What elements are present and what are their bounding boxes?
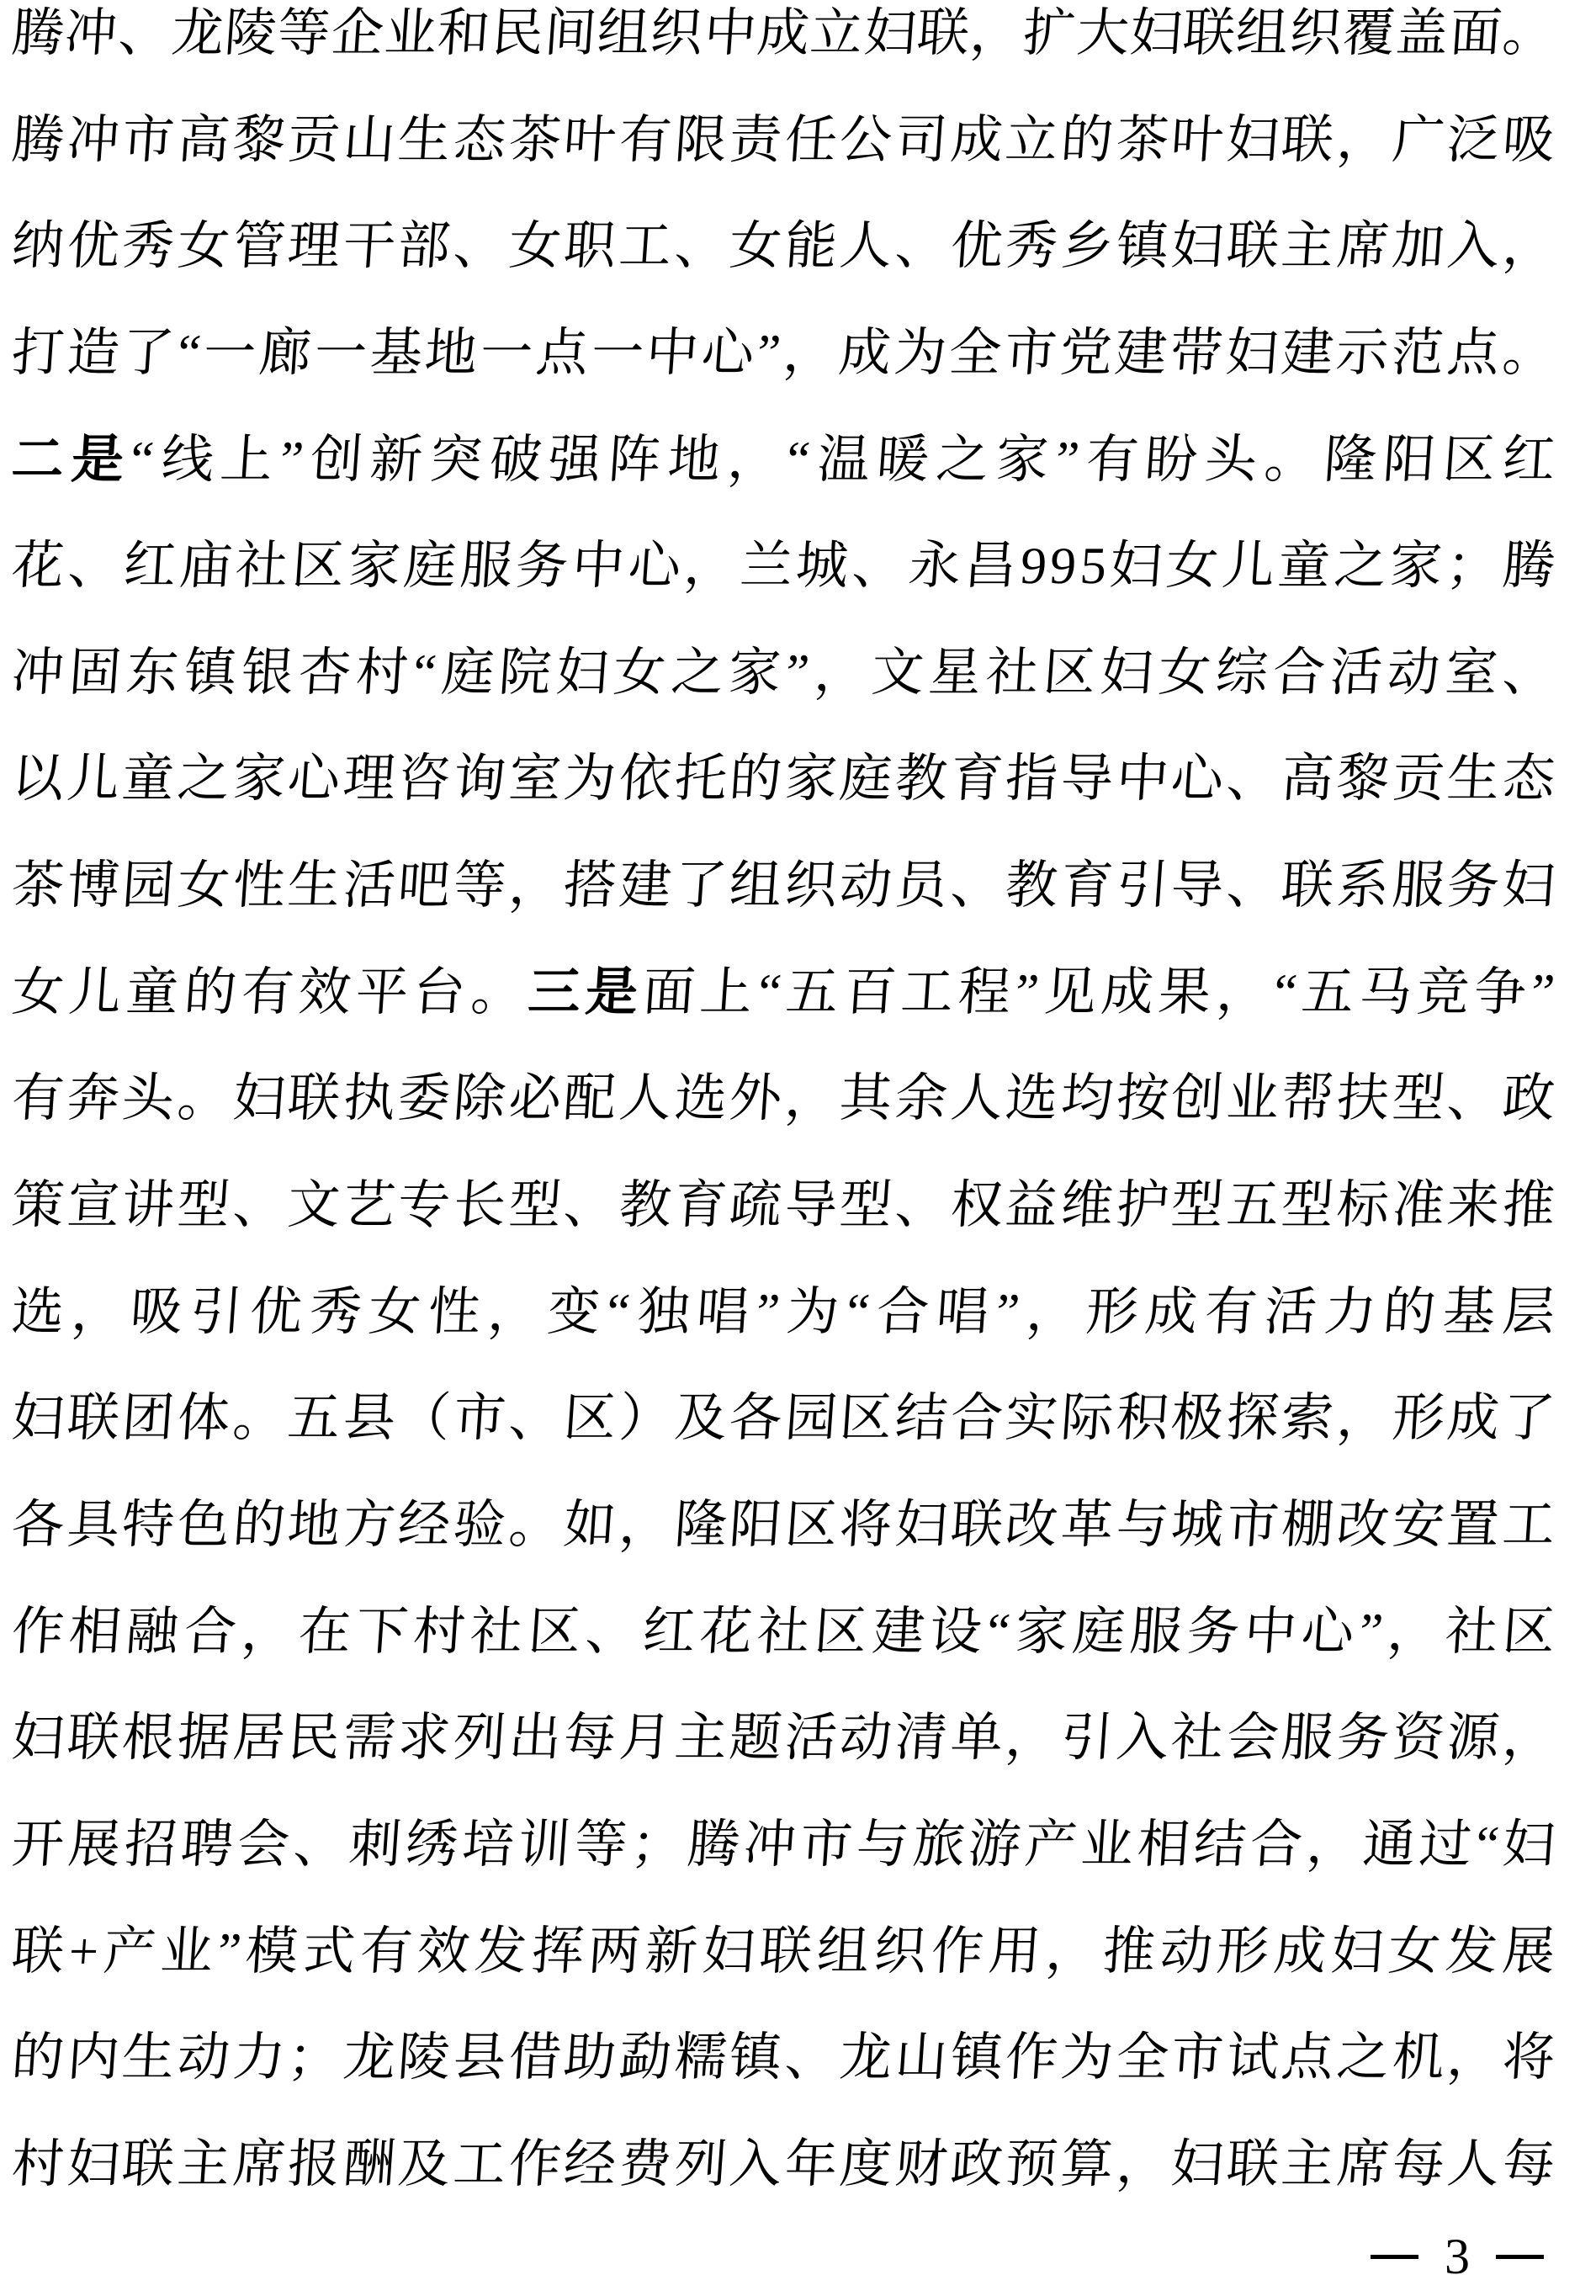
text-char: 改: [1004, 1498, 1060, 1553]
text-char: 咨: [396, 751, 453, 807]
text-char: 秀: [1004, 219, 1060, 274]
text-char: 合: [948, 1391, 1005, 1446]
text-char: 试: [1224, 2030, 1281, 2086]
text-char: 之: [935, 432, 991, 488]
text-char: 社: [756, 1604, 812, 1660]
text-char: 中: [644, 326, 701, 381]
text-char: ”: [215, 1924, 242, 1980]
text-char: 育: [948, 751, 1005, 807]
text-char: 选: [672, 1071, 729, 1127]
text-char: 按: [1114, 1071, 1170, 1127]
text-char: 区: [838, 1391, 894, 1446]
text-char: 联: [948, 1498, 1005, 1553]
text-char: 中: [1243, 1604, 1299, 1660]
text-char: 月: [618, 1710, 674, 1766]
text-char: 暖: [875, 432, 931, 488]
text-char: 头: [120, 1071, 177, 1127]
text-char: 成: [1143, 1285, 1200, 1340]
text-char: 突: [428, 432, 485, 488]
text-char: 以: [10, 751, 66, 807]
text-char: 需: [341, 1710, 397, 1766]
text-char: ，: [1335, 113, 1392, 168]
text-char: 在: [297, 1604, 353, 1660]
text-char: 勐: [618, 2030, 674, 2086]
text-char: 式: [301, 1924, 358, 1980]
text-char: 中: [1114, 751, 1170, 807]
text-char: 生: [286, 858, 342, 914]
text-char: 为: [785, 1285, 841, 1340]
text-char: 茶: [506, 113, 563, 168]
text-char: 为: [1059, 2030, 1116, 2086]
text-char: 合: [1249, 1817, 1305, 1873]
text-char: 。: [1263, 432, 1319, 488]
text-char: 游: [967, 1817, 1023, 1873]
text-char: 妇: [554, 645, 611, 701]
text-char: 棚: [1280, 1498, 1336, 1553]
text-char: 基: [1441, 1285, 1498, 1340]
text-char-bold: 三: [527, 965, 583, 1021]
text-char: 主: [1280, 219, 1336, 274]
text-char: 合: [875, 1285, 931, 1340]
text-char: 山: [893, 2030, 950, 2086]
text-char: 通: [1360, 1817, 1417, 1873]
text-char: “: [756, 965, 782, 1021]
text-char: 系: [1335, 858, 1392, 914]
text-char: 内: [65, 2030, 121, 2086]
text-char: 了: [672, 858, 729, 914]
text-char: ，: [1445, 2030, 1502, 2086]
text-char: 性: [427, 1285, 483, 1340]
text-char: 城: [794, 538, 851, 594]
text-char: 温: [815, 432, 872, 488]
text-char: 星: [927, 645, 984, 701]
text-char: 5: [1079, 538, 1109, 594]
text-char: 成: [756, 6, 812, 61]
text-char: 市: [798, 1817, 854, 1873]
text-char: 各: [10, 1498, 66, 1553]
text-char: 度: [838, 2137, 894, 2193]
text-char: 糯: [672, 2030, 729, 2086]
text-char: “: [845, 1285, 872, 1340]
text-char: 儿: [67, 965, 124, 1021]
text-char: 将: [838, 1498, 894, 1553]
text-char: 面: [1447, 6, 1503, 61]
text-char: 作: [10, 1604, 66, 1660]
text-char: 一: [202, 326, 258, 381]
text-char: 策: [10, 1178, 66, 1233]
text-char: 示: [1334, 326, 1391, 381]
text-char: 红: [122, 538, 178, 594]
text-line: 以儿童之家心理咨询室为依托的家庭教育指导中心、高黎贡生态: [12, 751, 1555, 858]
text-char: 9: [1048, 538, 1079, 594]
text-char: 生: [396, 113, 453, 168]
text-char: 五: [286, 1391, 342, 1446]
text-char: 下: [354, 1604, 411, 1660]
text-char: 、: [672, 219, 729, 274]
text-char: 红: [1501, 432, 1557, 488]
text-char: 积: [1114, 1391, 1170, 1446]
text-char: 的: [10, 2030, 66, 2086]
text-char: 为: [562, 751, 618, 807]
text-char: 聘: [178, 1817, 235, 1873]
text-char: 主: [1280, 2137, 1336, 2193]
text-char: 活: [341, 858, 397, 914]
text-char: 均: [1059, 1071, 1116, 1127]
text-char: 出: [506, 1710, 563, 1766]
text-char: 求: [396, 1710, 453, 1766]
text-char: 区: [290, 538, 347, 594]
text-char: 成: [1100, 965, 1156, 1021]
text-char: 成: [836, 326, 893, 381]
text-char: 团: [120, 1391, 177, 1446]
text-char: 庭: [838, 751, 894, 807]
text-char: 引: [1114, 858, 1170, 914]
text-char: 基: [368, 326, 424, 381]
text-char: 执: [341, 1071, 397, 1127]
text-line: 妇联团体。五县（市、区）及各园区结合实际积极探索，形成了: [12, 1391, 1555, 1498]
text-line: 女儿童的有效平台。三是面上“五百工程”见成果，“五马竞争”: [12, 965, 1555, 1072]
text-char: 活: [1328, 645, 1385, 701]
text-char: 责: [728, 113, 784, 168]
text-char: 奔: [65, 1071, 121, 1127]
text-char: 兰: [738, 538, 794, 594]
text-char: 家: [346, 538, 402, 594]
text-char: 。: [1501, 6, 1557, 61]
text-char: 旅: [910, 1817, 967, 1873]
text-char: 验: [452, 1498, 508, 1553]
text-line: 各具特色的地方经验。如，隆阳区将妇联改革与城市棚改安置工: [12, 1498, 1555, 1604]
text-char: “: [1473, 1817, 1500, 1873]
text-char: 、: [291, 1817, 347, 1873]
text-char: 心: [626, 538, 682, 594]
text-char: 革: [1059, 1498, 1116, 1553]
text-char: 立: [1004, 113, 1060, 168]
text-char: 源: [1445, 1710, 1502, 1766]
text-char: 腾: [686, 1817, 742, 1873]
text-char: 绣: [404, 1817, 460, 1873]
text-char: 廊: [257, 326, 314, 381]
text-char: 导: [1059, 751, 1116, 807]
text-char: 童: [1276, 538, 1333, 594]
text-char: 龙: [341, 2030, 397, 2086]
text-char: 女: [176, 858, 232, 914]
text-char: 效: [297, 965, 353, 1021]
text-char: 有: [1084, 432, 1140, 488]
text-char: “: [985, 1604, 1012, 1660]
text-char: 、: [66, 538, 122, 594]
text-char: 业: [158, 1924, 215, 1980]
text-char: 立: [809, 6, 865, 61]
text-char: 、: [116, 6, 172, 61]
text-char: 之: [669, 645, 725, 701]
text-char: （: [396, 1391, 453, 1446]
text-char: 席: [1335, 2137, 1392, 2193]
text-char: 年: [782, 2137, 839, 2193]
text-char: 织: [649, 6, 705, 61]
text-char: ，: [782, 326, 838, 381]
text-char: 、: [562, 1178, 618, 1233]
text-char: 程: [957, 965, 1013, 1021]
text-char: 用: [986, 1924, 1042, 1980]
text-char: 。: [506, 1498, 563, 1553]
text-char: 市: [1003, 326, 1059, 381]
text-char: 贡: [286, 113, 342, 168]
text-char: 上: [698, 965, 755, 1021]
text-char: 区: [1500, 1604, 1556, 1660]
text-char: 台: [411, 965, 468, 1021]
text-char: 。: [1500, 326, 1556, 381]
text-char: 社: [234, 538, 290, 594]
text-char: 黎: [231, 113, 287, 168]
text-char: 公: [838, 113, 894, 168]
text-char: 唱: [935, 1285, 991, 1340]
text-line: 花、红庙社区家庭服务中心，兰城、永昌995妇女儿童之家；腾: [12, 538, 1555, 645]
text-char: 际: [1059, 1391, 1116, 1446]
text-char: 区: [526, 1604, 582, 1660]
text-char: 设: [927, 1604, 984, 1660]
text-char: 组: [1234, 6, 1291, 61]
text-char: 女: [176, 219, 232, 274]
text-char: 庭: [1070, 1604, 1127, 1660]
text-char: 型: [1390, 1071, 1446, 1127]
text-char: 服: [1128, 1604, 1185, 1660]
text-char: 妇: [1108, 538, 1164, 594]
text-char: ”: [755, 326, 782, 381]
text-char: 准: [1390, 1178, 1446, 1233]
text-char: 有: [358, 1924, 415, 1980]
text-char: 成: [1272, 1924, 1328, 1980]
text-char: 五: [1224, 1178, 1281, 1233]
text-char: 、: [1445, 1071, 1502, 1127]
text-char: 特: [120, 1498, 177, 1553]
text-char: 结: [1192, 1817, 1249, 1873]
text-char: 机: [1390, 2030, 1446, 2086]
text-char: 教: [618, 1178, 674, 1233]
text-char: 创: [309, 432, 365, 488]
text-char: 间: [543, 6, 599, 61]
text-char: 益: [1004, 1178, 1060, 1233]
text-char: “: [129, 432, 156, 488]
text-char: 限: [672, 113, 729, 168]
text-char: 东: [125, 645, 181, 701]
text-char: 村: [10, 2137, 66, 2193]
text-char: 创: [1169, 1071, 1226, 1127]
text-char: 企: [329, 6, 385, 61]
text-char: 覆: [1341, 6, 1397, 61]
text-char: 置: [1445, 1498, 1502, 1553]
text-char: 生: [120, 2030, 177, 2086]
text-char: 地: [286, 1498, 342, 1553]
text-char: 会: [1224, 1710, 1281, 1766]
text-char: 任: [782, 113, 839, 168]
text-char: 委: [396, 1071, 453, 1127]
text-char: 市: [1169, 2030, 1226, 2086]
text-char: 政: [1501, 1071, 1557, 1127]
text-char: 强: [547, 432, 603, 488]
text-char: 等: [452, 858, 508, 914]
text-char: 具: [65, 1498, 121, 1553]
text-char: 花: [698, 1604, 755, 1660]
text-char: 一: [589, 326, 645, 381]
text-char: 列: [672, 2137, 729, 2193]
text-char: 、: [1500, 645, 1556, 701]
text-char: 民: [489, 6, 545, 61]
text-char: 作: [506, 2137, 563, 2193]
text-char: 经: [562, 2137, 618, 2193]
text-char: 预: [1004, 2137, 1060, 2193]
page-number-dash-left-icon: [1371, 2255, 1418, 2259]
text-char: 和: [436, 6, 492, 61]
text-char: 竞: [1415, 965, 1471, 1021]
text-char: 主: [672, 1710, 729, 1766]
text-char: 结: [893, 1391, 950, 1446]
text-char: “: [605, 1285, 632, 1340]
text-char: 主: [176, 2137, 232, 2193]
text-char: 合: [1271, 645, 1328, 701]
text-char: 冲: [65, 113, 121, 168]
text-char: 根: [120, 1710, 177, 1766]
text-char: 心: [700, 326, 756, 381]
text-char: 产: [101, 1924, 157, 1980]
text-char: 秀: [120, 219, 177, 274]
text-char: 联: [1181, 6, 1238, 61]
text-char: 陵: [223, 6, 279, 61]
text-char: 管: [231, 219, 287, 274]
text-char: ，: [968, 6, 1025, 61]
text-char: 挥: [529, 1924, 586, 1980]
text-line: 茶博园女性生活吧等，搭建了组织动员、教育引导、联系服务妇: [12, 858, 1555, 965]
text-char: 联: [758, 1924, 814, 1980]
text-char: 经: [396, 1498, 453, 1553]
text-char: 家: [726, 645, 782, 701]
text-char: 镇: [728, 2030, 784, 2086]
text-line: 策宣讲型、文艺专长型、教育疏导型、权益维护型五型标准来推: [12, 1178, 1555, 1285]
text-char: 妇: [893, 1498, 950, 1553]
text-char: 建: [618, 858, 674, 914]
text-char: 广: [1390, 113, 1446, 168]
text-char: 实: [1004, 1391, 1060, 1446]
text-char: 单: [948, 1710, 1005, 1766]
text-char: 育: [1059, 858, 1116, 914]
text-char: 阳: [728, 1498, 784, 1553]
text-char: 如: [562, 1498, 618, 1553]
text-char: 业: [1224, 1071, 1281, 1127]
text-char: 疏: [728, 1178, 784, 1233]
text-char: 极: [1169, 1391, 1226, 1446]
text-char: 的: [1381, 1285, 1438, 1340]
text-char: 打: [10, 326, 66, 381]
text-char: 联: [120, 2137, 177, 2193]
text-char: 地: [666, 432, 723, 488]
text-char: 工: [899, 965, 955, 1021]
text-char: ，: [69, 1285, 125, 1340]
text-char: 选: [10, 1285, 66, 1340]
text-char: 资: [1390, 1710, 1446, 1766]
text-char: 方: [341, 1498, 397, 1553]
text-char: 镇: [948, 2030, 1005, 2086]
text-char: 探: [1224, 1391, 1281, 1446]
text-char: 。: [231, 1391, 287, 1446]
text-char: 讲: [120, 1178, 177, 1233]
text-char: ，: [682, 538, 739, 594]
text-char: 产: [1023, 1817, 1079, 1873]
text-char: 五: [784, 965, 840, 1021]
text-char: ，: [725, 432, 782, 488]
text-char: 索: [1280, 1391, 1336, 1446]
text-char: 、: [231, 1178, 287, 1233]
text-char: “: [411, 645, 438, 701]
text-char: 建: [1113, 326, 1169, 381]
text-char: 庙: [178, 538, 234, 594]
text-char: 红: [641, 1604, 697, 1660]
text-char: 、: [782, 2030, 839, 2086]
text-line: 选，吸引优秀女性，变“独唱”为“合唱”，形成有活力的基层: [12, 1285, 1555, 1392]
text-char: 家: [231, 751, 287, 807]
text-char: 妇: [10, 1391, 66, 1446]
text-line: 冲固东镇银杏村“庭院妇女之家”，文星社区妇女综合活动室、: [12, 645, 1555, 752]
text-char: ，: [812, 645, 868, 701]
text-char: 、: [893, 219, 950, 274]
text-char: 银: [239, 645, 295, 701]
text-char: 妇: [10, 1710, 66, 1766]
text-char: 百: [841, 965, 898, 1021]
text-char: 镇: [182, 645, 238, 701]
text-char: 面: [641, 965, 697, 1021]
text-char: 联: [1280, 858, 1336, 914]
text-char: 据: [176, 1710, 232, 1766]
text-char: 的: [728, 751, 784, 807]
text-char: 范: [1390, 326, 1446, 381]
text-char: 动: [838, 1710, 894, 1766]
text-char: 、: [893, 1178, 950, 1233]
text-char: 永: [906, 538, 962, 594]
text-char: 区: [813, 1604, 869, 1660]
text-char: 育: [672, 1178, 729, 1233]
text-char: 了: [1501, 1391, 1557, 1446]
text-char: 司: [893, 113, 950, 168]
text-char: 唱: [695, 1285, 751, 1340]
text-char: 联: [1224, 219, 1281, 274]
text-char: 文: [869, 645, 925, 701]
text-char: 女: [1164, 538, 1221, 594]
text-char: 力: [1322, 1285, 1378, 1340]
text-char: 点: [534, 326, 591, 381]
text-char: 纳: [10, 219, 66, 274]
text-char: 报: [286, 2137, 342, 2193]
text-char: 城: [1169, 1498, 1226, 1553]
text-char: 、: [506, 1391, 563, 1446]
text-char: 点: [1280, 2030, 1336, 2086]
text-char: 引: [188, 1285, 245, 1340]
text-char: 女: [1387, 1924, 1443, 1980]
text-char: 女: [728, 219, 784, 274]
text-char: 搭: [562, 858, 618, 914]
text-char: ，: [486, 1285, 543, 1340]
text-char: 生: [1445, 751, 1502, 807]
text-char: 妇: [862, 6, 918, 61]
text-char: 将: [1501, 2030, 1557, 2086]
text-char: ，: [1114, 2137, 1170, 2193]
text-char: 一: [313, 326, 369, 381]
text-char: 了: [120, 326, 177, 381]
text-char: 型: [1280, 1178, 1336, 1233]
text-char: 村: [354, 645, 411, 701]
text-char: 席: [231, 2137, 287, 2193]
text-char: 工: [618, 219, 674, 274]
text-char: 宣: [65, 1178, 121, 1233]
text-char: 茶: [1114, 113, 1170, 168]
text-char: 引: [1059, 1710, 1116, 1766]
